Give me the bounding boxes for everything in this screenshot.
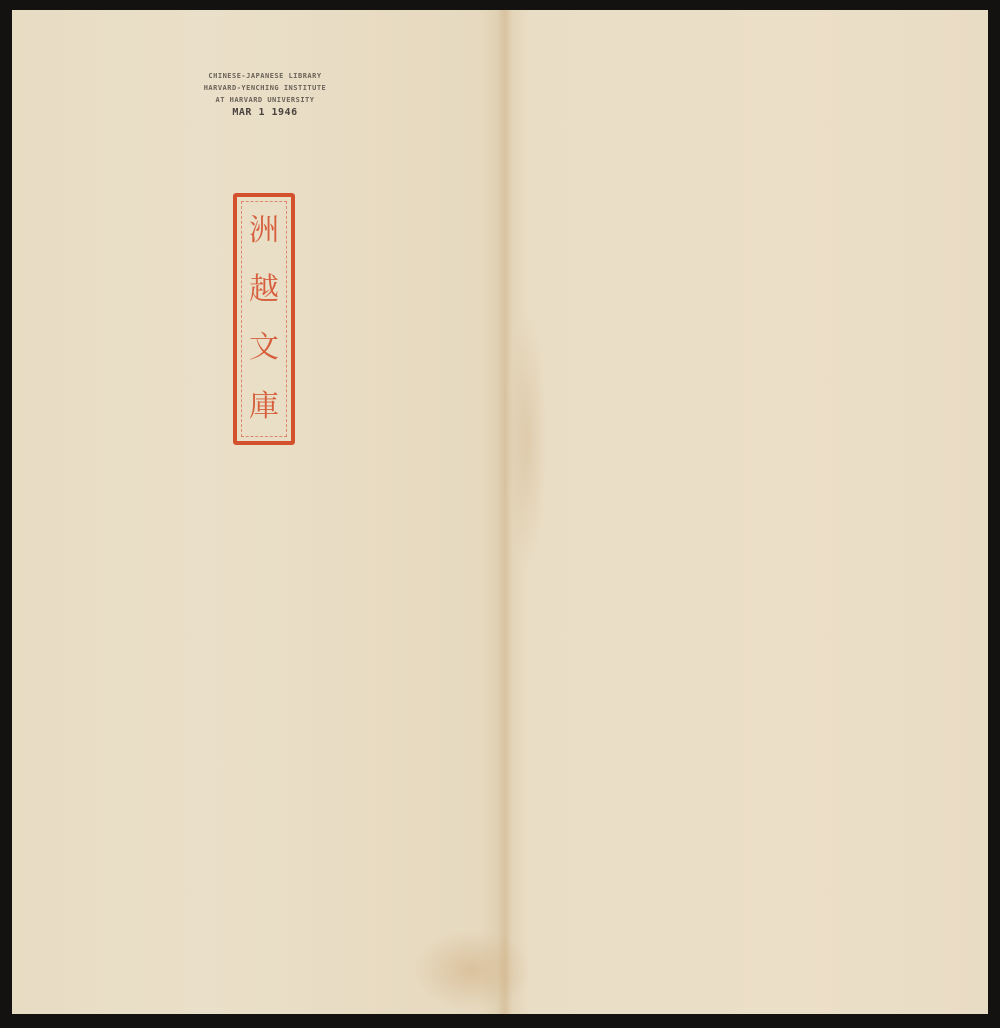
seal-char-1: 洲 (249, 216, 279, 246)
library-stamp: CHINESE-JAPANESE LIBRARY HARVARD-YENCHIN… (190, 70, 340, 119)
seal-char-3: 文 (249, 333, 279, 363)
seal-inner-border: 洲 越 文 庫 (241, 201, 287, 437)
fold-stain (507, 310, 547, 570)
seal-char-4: 庫 (249, 392, 279, 422)
red-seal: 洲 越 文 庫 (233, 193, 295, 445)
stamp-line-1: CHINESE-JAPANESE LIBRARY (190, 70, 340, 82)
stamp-date: MAR 1 1946 (190, 107, 340, 119)
stamp-line-2: HARVARD-YENCHING INSTITUTE (190, 82, 340, 94)
stamp-line-3: AT HARVARD UNIVERSITY (190, 94, 340, 106)
seal-char-2: 越 (249, 275, 279, 305)
document-page: CHINESE-JAPANESE LIBRARY HARVARD-YENCHIN… (12, 10, 988, 1014)
water-stain (412, 930, 532, 1010)
